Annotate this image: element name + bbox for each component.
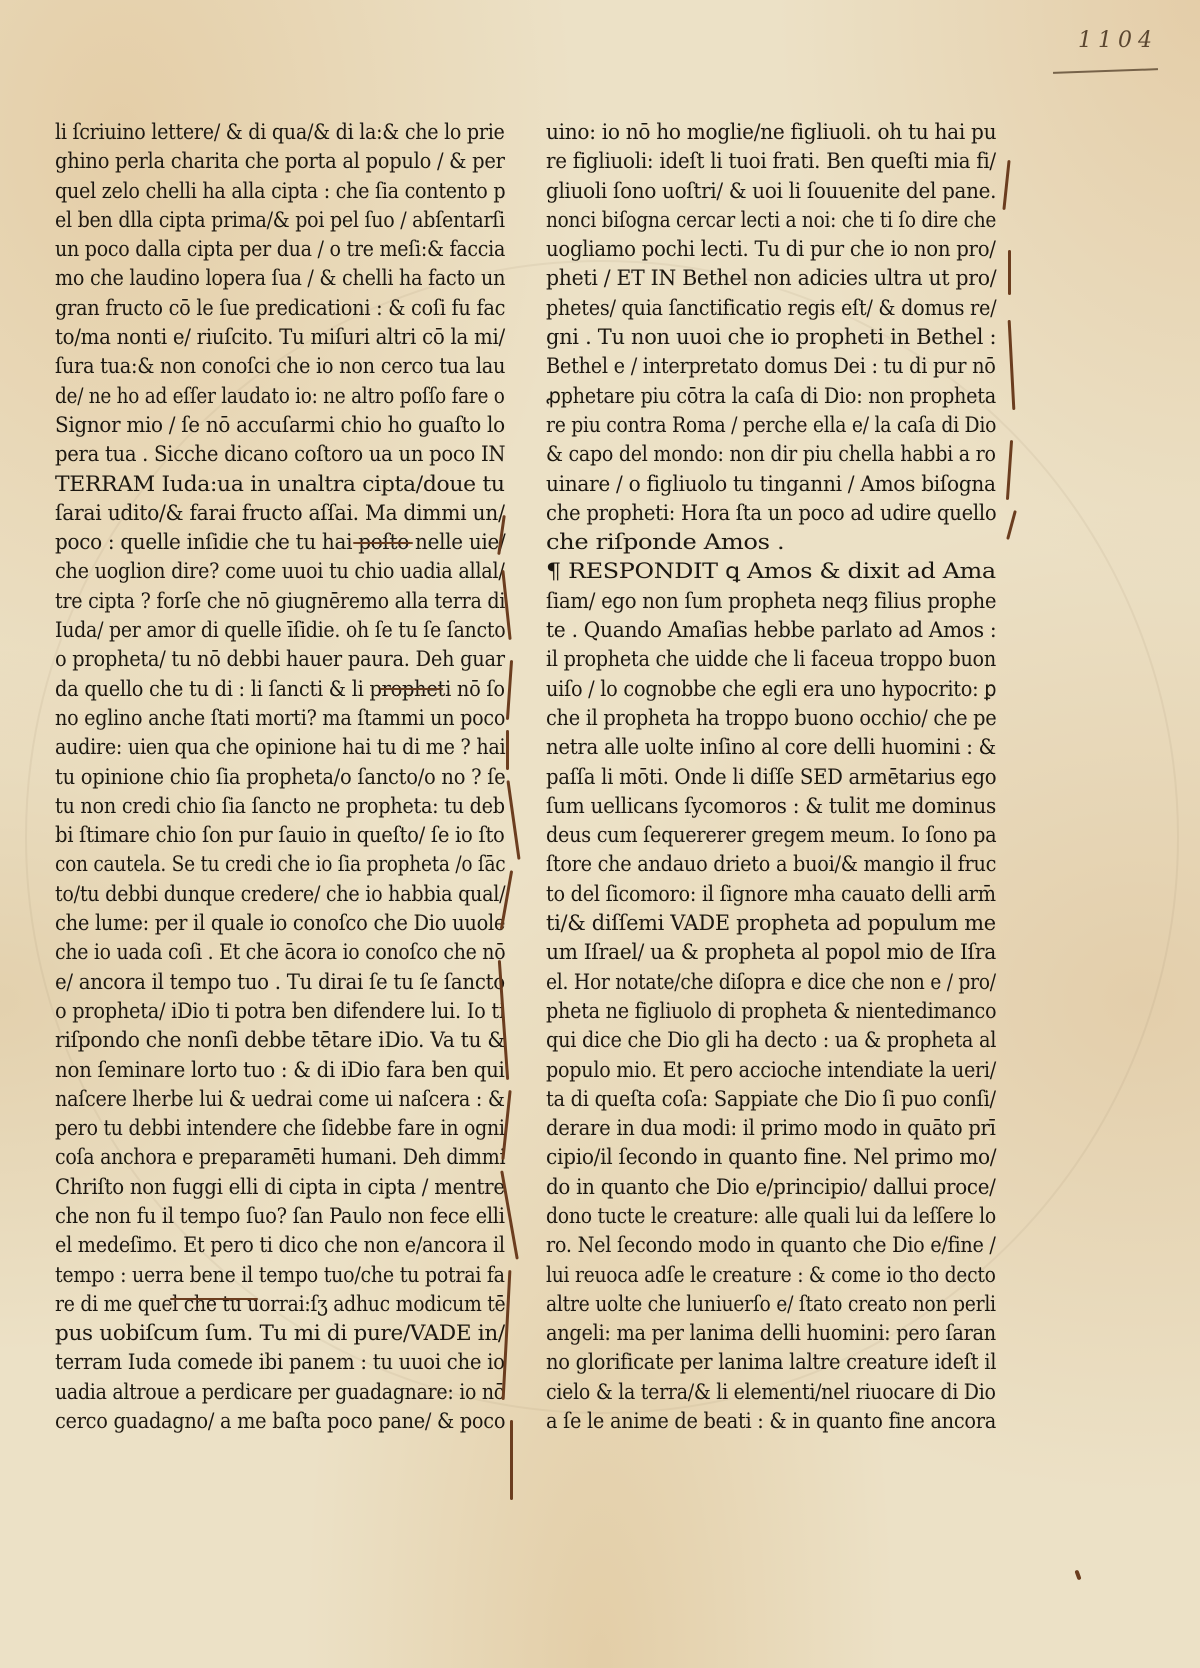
text-line: angeli: ma per lanima delli huomini: per… bbox=[546, 1319, 959, 1348]
left-text-column: li ſcriuino lettere/ & di qua/& di la:& … bbox=[55, 118, 505, 1436]
underline-ink-mark bbox=[353, 542, 413, 544]
text-line: re piu contra Roma / perche ella e/ la c… bbox=[546, 411, 949, 440]
text-line: altre uolte che luniuerſo e/ ſtato creat… bbox=[546, 1290, 949, 1319]
text-line: pus uobiſcum ſum. Tu mi di pure/VADE in/ bbox=[55, 1319, 516, 1348]
text-line: paſſa li mōti. Onde li diſſe SED armētar… bbox=[546, 763, 967, 792]
text-line: gni . Tu non uuoi che io propheti in Bet… bbox=[546, 323, 995, 352]
text-line: un poco dalla cipta per dua / o tre meſi… bbox=[55, 235, 463, 264]
text-line: Signor mio / ſe nō accuſarmi chio ho gua… bbox=[55, 411, 481, 440]
margin-ink-mark bbox=[510, 1420, 513, 1500]
text-line: tre cipta ? forſe che nō giugnēremo alla… bbox=[55, 587, 464, 616]
margin-ink-mark bbox=[1008, 250, 1011, 295]
text-line: Bethel e / interpretato domus Dei : tu d… bbox=[546, 352, 960, 381]
margin-ink-mark bbox=[1008, 320, 1016, 410]
text-line: cielo & la terra/& li elementi/nel riuoc… bbox=[546, 1378, 953, 1407]
text-line: mo che laudino lopera ſua / & chelli ha … bbox=[55, 264, 466, 293]
text-line: che riſponde Amos . bbox=[546, 528, 1064, 557]
text-line: a ſe le anime de beati : & in quanto fin… bbox=[546, 1407, 960, 1436]
text-line: ro. Nel ſecondo modo in quanto che Dio e… bbox=[546, 1231, 958, 1260]
text-line: derare in dua modi: il primo modo in quā… bbox=[546, 1114, 965, 1143]
text-line: re figliuoli: ideſt li tuoi frati. Ben q… bbox=[546, 147, 972, 176]
text-line: ꝓphetare piu cōtra la caſa di Dio: non p… bbox=[546, 382, 958, 411]
text-line: um Iſrael/ ua & propheta al popol mio de… bbox=[546, 938, 979, 967]
text-line: quel zelo chelli ha alla cipta : che ſia… bbox=[55, 177, 465, 206]
text-line: ſiam/ ego non ſum propheta neqȝ filius p… bbox=[546, 587, 967, 616]
text-line: pheta ne figliuolo di propheta & niented… bbox=[546, 997, 958, 1026]
text-line: uogliamo pochi lecti. Tu di pur che io n… bbox=[546, 235, 968, 264]
text-line: bi ſtimare chio ſon pur ſauio in queſto/… bbox=[55, 821, 474, 850]
paper-blemish bbox=[1074, 1570, 1081, 1581]
text-line: pera tua . Sicche dicano coſtoro ua un p… bbox=[55, 440, 474, 469]
text-line: lui reuoca adſe le creature : & come io … bbox=[546, 1261, 948, 1290]
text-line: che uoglion dire? come uuoi tu chio uadi… bbox=[55, 557, 467, 586]
text-line: ſum uellicans ſycomoros : & tulit me dom… bbox=[546, 792, 975, 821]
text-line: che non fu il tempo ſuo? ſan Paulo non f… bbox=[55, 1202, 472, 1231]
text-line: uiſo / lo cognobbe che egli era uno hypo… bbox=[546, 675, 960, 704]
underline-ink-mark bbox=[380, 688, 443, 690]
margin-ink-mark bbox=[506, 730, 509, 770]
text-line: tempo : uerra bene il tempo tuo/che tu p… bbox=[55, 1261, 463, 1290]
text-line: nonci biſogna cercar lecti a noi: che ti… bbox=[546, 206, 943, 235]
text-line: coſa anchora e preparamēti humani. Deh d… bbox=[55, 1143, 462, 1172]
text-line: che il propheta ha troppo buono occhio/ … bbox=[546, 704, 960, 733]
text-line: li ſcriuino lettere/ & di qua/& di la:& … bbox=[55, 118, 464, 147]
book-page: 1104 li ſcriuino lettere/ & di qua/& di … bbox=[0, 0, 1200, 1668]
folio-number: 1104 bbox=[1078, 28, 1158, 53]
text-line: audire: uien qua che opinione hai tu di … bbox=[55, 733, 465, 762]
text-line: deus cum ſequererer gregem meum. Io ſono… bbox=[546, 821, 958, 850]
text-line: phetes/ quia ſanctificatio regis eſt/ & … bbox=[546, 294, 958, 323]
text-line: non ſeminare lorto tuo : & di iDio fara … bbox=[55, 1056, 479, 1085]
text-line: do in quanto che Dio e/principio/ dallui… bbox=[546, 1173, 971, 1202]
right-text-column: uino: io nō ho moglie/ne figliuoli. oh t… bbox=[546, 118, 996, 1436]
text-line: el medeſimo. Et pero ti dico che non e/a… bbox=[55, 1231, 467, 1260]
text-line: ti/& diſſemi VADE propheta ad populum me bbox=[546, 909, 993, 938]
text-line: re di me quel che tu uorrai:ſʒ adhuc mod… bbox=[55, 1290, 458, 1319]
text-line: TERRAM Iuda:ua in unaltra cipta/doue tu bbox=[55, 470, 524, 499]
folio-underline bbox=[1053, 68, 1158, 74]
text-line: cipio/il ſecondo in quanto fine. Nel pri… bbox=[546, 1143, 977, 1172]
text-line: gran fructo cō le ſue predicationi : & c… bbox=[55, 294, 469, 323]
text-line: ſarai udito/& farai fructo aſſai. Ma dim… bbox=[55, 499, 490, 528]
text-line: gliuoli ſono uoſtri/ & uoi li ſouuenite … bbox=[546, 177, 972, 206]
text-line: to del ſicomoro: il ſignore mha cauato d… bbox=[546, 880, 959, 909]
text-line: no eglino anche ſtati morti? ma ſtammi u… bbox=[55, 704, 466, 733]
text-line: con cautela. Se tu credi che io ſia prop… bbox=[55, 850, 453, 879]
text-line: no glorificate per lanima laltre creatur… bbox=[546, 1348, 964, 1377]
text-line: ghino perla charita che porta al populo … bbox=[55, 147, 473, 176]
text-line: pero tu debbi intendere che ſidebbe fare… bbox=[55, 1114, 461, 1143]
text-line: cerco guadagno/ a me baſta poco pane/ & … bbox=[55, 1407, 469, 1436]
text-line: ſtore che andauo drieto a buoi/& mangio … bbox=[546, 850, 959, 879]
text-line: ſura tua:& non conoſci che io non cerco … bbox=[55, 352, 469, 381]
text-line: che io uada coſi . Et che ācora io conoſ… bbox=[55, 938, 460, 967]
text-line: uino: io nō ho moglie/ne figliuoli. oh t… bbox=[546, 118, 976, 147]
text-line: qui dice che Dio gli ha decto : ua & pro… bbox=[546, 1026, 959, 1055]
text-line: populo mio. Et pero accioche intendiate … bbox=[546, 1056, 957, 1085]
text-line: e/ ancora il tempo tuo . Tu dirai ſe tu … bbox=[55, 968, 478, 997]
text-line: netra alle uolte inſino al core delli hu… bbox=[546, 733, 968, 762]
text-line: che propheti: Hora ſta un poco ad udire … bbox=[546, 499, 966, 528]
folio-annotation: 1104 bbox=[1048, 18, 1158, 78]
text-line: Chriſto non fuggi elli di cipta in cipta… bbox=[55, 1173, 479, 1202]
text-line: poco : quelle inſidie che tu hai poſto n… bbox=[55, 528, 482, 557]
text-line: o propheta/ iDio ti potra ben difendere … bbox=[55, 997, 470, 1026]
text-line: to/tu debbi dunque credere/ che io habbi… bbox=[55, 880, 465, 909]
text-line: che lume: per il quale io conoſco che Di… bbox=[55, 909, 472, 938]
text-line: Iuda/ per amor di quelle īſidie. oh ſe t… bbox=[55, 616, 462, 645]
text-line: to/ma nonti e/ riuſcito. Tu miſuri altri… bbox=[55, 323, 479, 352]
text-line: uadia altroue a perdicare per guadagnare… bbox=[55, 1378, 461, 1407]
margin-ink-mark bbox=[1002, 160, 1010, 210]
text-line: tu opinione chio ſia propheta/o ſancto/o… bbox=[55, 763, 473, 792]
text-line: ¶ RESPONDIT ꝗ Amos & dixit ad Ama bbox=[546, 557, 1057, 586]
text-line: o propheta/ tu nō debbi hauer paura. Deh… bbox=[55, 645, 471, 674]
text-line: naſcere lherbe lui & uedrai come ui naſc… bbox=[55, 1085, 466, 1114]
text-line: el. Hor notate/che diſopra e dice che no… bbox=[546, 968, 947, 997]
text-line: riſpondo che nonſi debbe tētare iDio. Va… bbox=[55, 1026, 489, 1055]
text-line: & capo del mondo: non dir piu chella hab… bbox=[546, 440, 954, 469]
text-line: ta di queſta coſa: Sappiate che Dio ſi p… bbox=[546, 1085, 961, 1114]
text-line: pheti / ET IN Bethel non adicies ultra u… bbox=[546, 264, 983, 293]
text-line: il propheta che uidde che li faceua trop… bbox=[546, 645, 958, 674]
text-line: terram Iuda comede ibi panem : tu uuoi c… bbox=[55, 1348, 475, 1377]
text-line: dono tucte le creature: alle quali lui d… bbox=[546, 1202, 949, 1231]
text-line: uinare / o figliuolo tu tinganni / Amos … bbox=[546, 470, 976, 499]
text-line: tu non credi chio ſia ſancto ne propheta… bbox=[55, 792, 467, 821]
text-line: el ben dlla cipta prima/& poi pel ſuo / … bbox=[55, 206, 463, 235]
underline-ink-mark bbox=[170, 1298, 258, 1300]
text-line: te . Quando Amaſias hebbe parlato ad Amo… bbox=[546, 616, 978, 645]
text-line: de/ ne ho ad eſſer laudato io: ne altro … bbox=[55, 382, 451, 411]
